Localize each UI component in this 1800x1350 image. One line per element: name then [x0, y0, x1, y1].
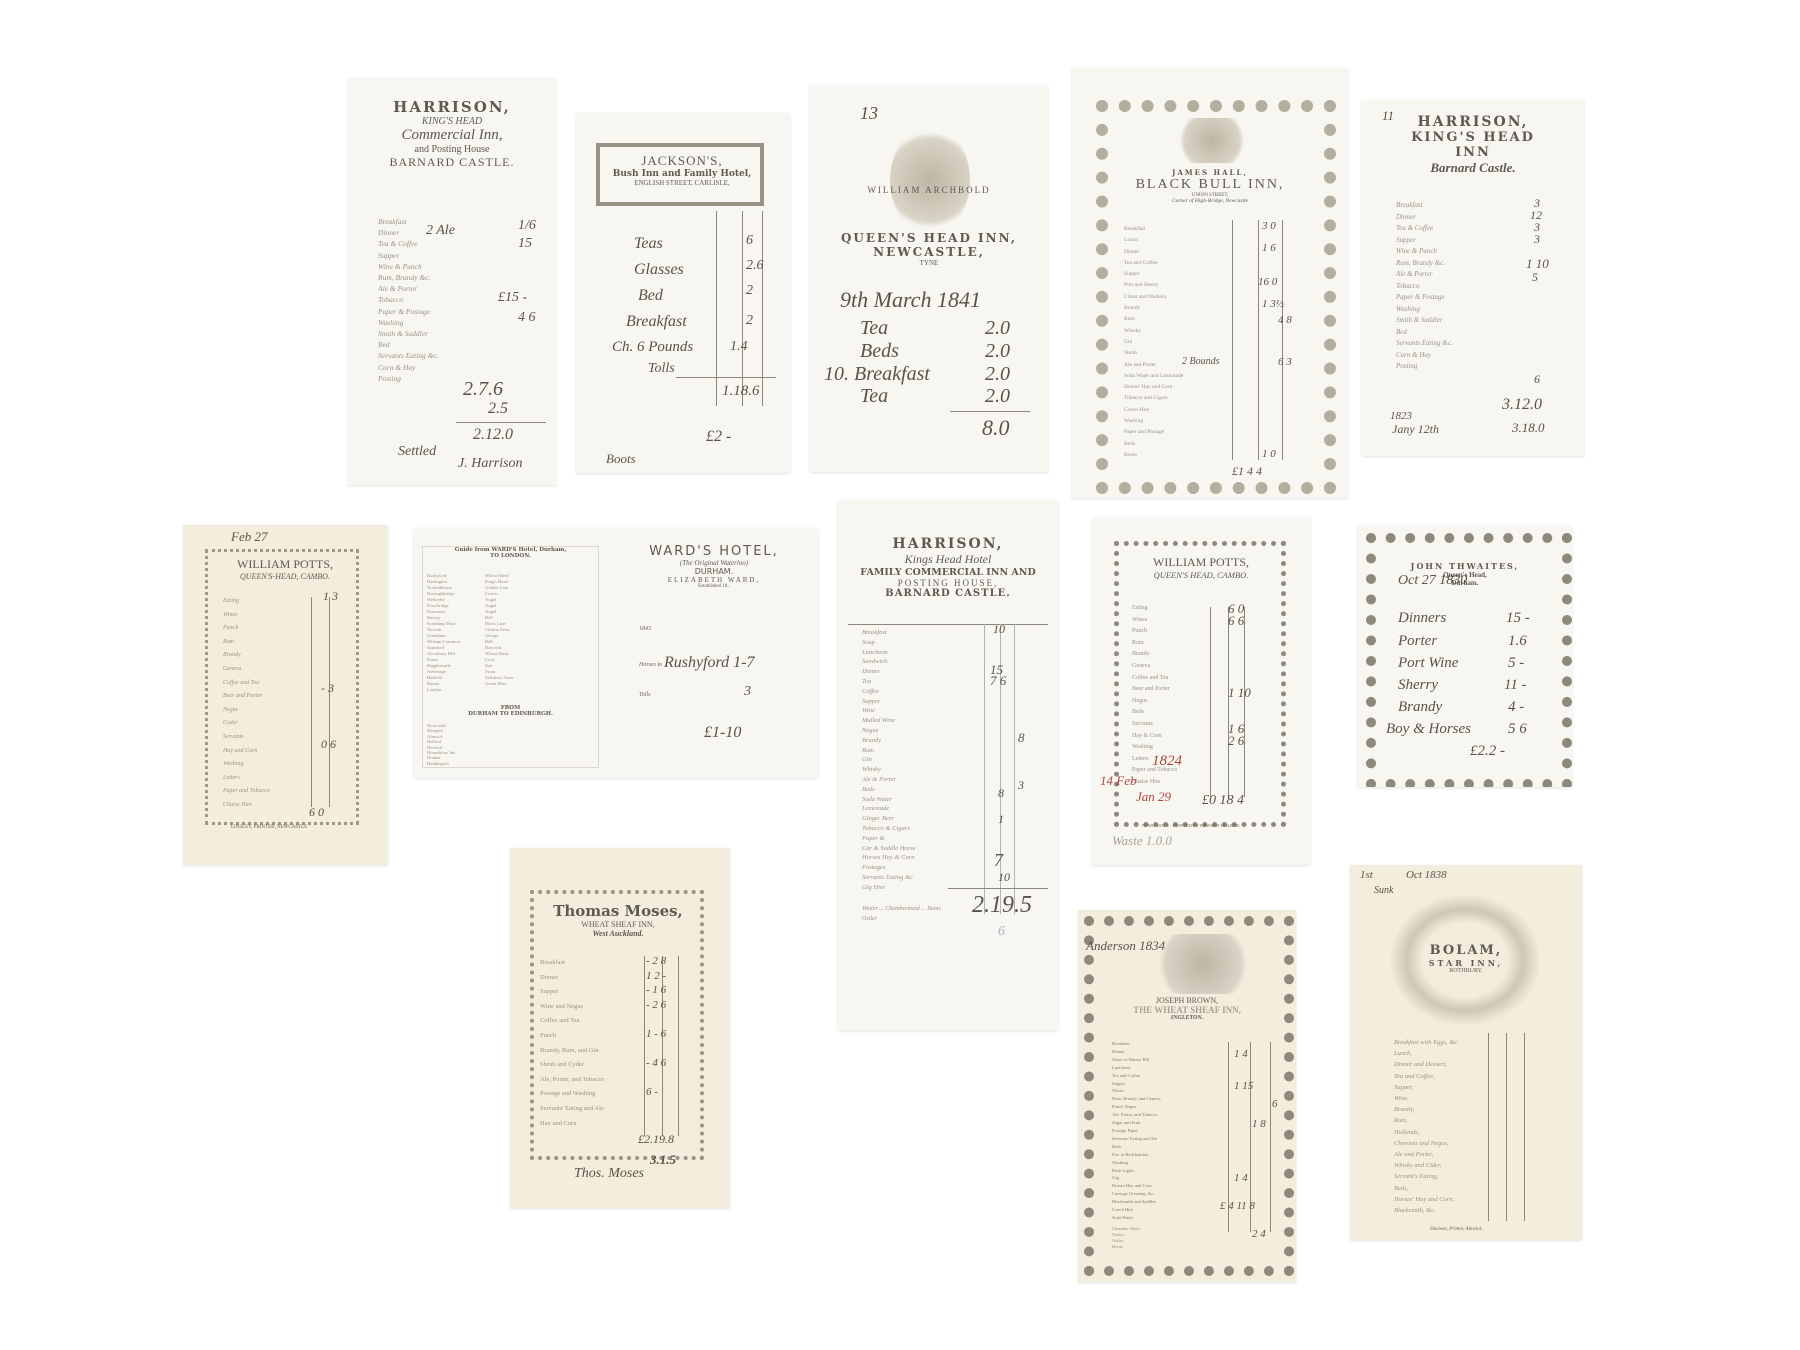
amount: 5 -	[1508, 655, 1524, 672]
wheatsheaf-engraving	[1148, 934, 1258, 994]
bill-location: BARNARD CASTLE.	[348, 155, 556, 170]
total: £2.2 -	[1470, 743, 1505, 760]
line-item: Dinners	[1398, 610, 1446, 627]
line-item: 10. Breakfast	[824, 363, 930, 386]
bill-title: THE WHEAT SHEAF INN,	[1096, 1005, 1278, 1015]
amount: 1 8	[1252, 1118, 1266, 1130]
amount: 1 4	[1234, 1048, 1248, 1060]
signature: J. Harrison	[458, 456, 523, 472]
total: 2.12.0	[473, 426, 513, 444]
total: £2.19.8	[638, 1132, 674, 1147]
total: £1 4 4	[1232, 464, 1262, 479]
bill-subtitle: WHEAT SHEAF INN,	[528, 920, 708, 929]
amount: 2.0	[985, 340, 1010, 363]
amount: 10	[993, 622, 1005, 637]
bill-title: WILLIAM POTTS,	[1114, 555, 1288, 570]
bill-title: HARRISON,	[348, 98, 556, 116]
bill-item-list: BreakfastLunchDinnerTea and CoffeeSupper…	[1124, 224, 1183, 461]
line-item: Glasses	[634, 261, 684, 279]
line-item: Boots	[606, 451, 636, 467]
bill-subtitle: and Posting House	[348, 144, 556, 155]
amount: 0 6	[321, 737, 336, 752]
bill-date: Oct 27 1830	[1398, 573, 1467, 589]
line-item: Tolls	[648, 361, 675, 377]
bill-harrison-kings-head-1: HARRISON, KING'S HEAD Commercial Inn, an…	[348, 78, 556, 485]
amount: 15 -	[1506, 610, 1530, 627]
bill-subtitle: QUEEN'S HEAD, CAMBO.	[1114, 570, 1288, 580]
amount: 1 3	[323, 589, 338, 604]
bill-location: Barnard Castle.	[1362, 160, 1584, 176]
bill-harrison-kings-head-2: 11 HARRISON, KING'S HEAD INN Barnard Cas…	[1362, 100, 1584, 456]
amount: 5 6	[1508, 721, 1527, 738]
staff-list: Chamber MaidWaiterOstlerBoots	[1112, 1226, 1140, 1250]
line-item: Breakfast	[626, 313, 687, 331]
bull-engraving	[1172, 118, 1252, 163]
guide-inn-list: Wheat SheafKing's HeadGolden LionCrownAn…	[485, 573, 513, 687]
amount: 4 8	[1278, 314, 1292, 326]
amount: 7	[994, 850, 1003, 871]
total: 6 0	[309, 805, 324, 820]
line-item: Port Wine	[1398, 655, 1458, 672]
bill-location: West Auckland.	[528, 929, 708, 938]
line-item: Tea	[860, 385, 888, 408]
amount: 1 10	[1228, 685, 1251, 701]
route-guide: Guide from WARD'S Hotel, Durham, TO LOND…	[422, 546, 599, 768]
proprietor-name: WILLIAM ARCHBOLD	[810, 185, 1048, 195]
established-note: Established 18..	[614, 584, 814, 589]
bill-item-list: BreakfastDinnerTea & CoffeeSupperWine & …	[378, 216, 439, 384]
row-label: 1843	[639, 626, 651, 632]
amount: 8	[998, 786, 1004, 801]
amount: 1	[998, 812, 1004, 827]
line-item: Sherry	[1398, 677, 1438, 694]
amount: 7 6	[990, 673, 1006, 689]
date-note: Oct 1838	[1406, 869, 1447, 881]
total: 8.0	[982, 415, 1010, 441]
bill-title: QUEEN'S HEAD INN,	[810, 231, 1048, 245]
year-note: 1823	[1390, 410, 1412, 422]
bill-item-list: BreakfastDinnerTea & CoffeeSupperWine & …	[1396, 200, 1453, 373]
amount: 5	[1532, 270, 1538, 285]
bill-joseph-brown: Anderson 1834 JOSEPH BROWN, THE WHEAT SH…	[1078, 910, 1296, 1282]
amount: 3 0	[1262, 220, 1276, 232]
row-label: Tolls	[639, 692, 650, 698]
amount: 1 6	[1262, 242, 1276, 254]
bill-amount-list: - 2 81 2 -- 1 6- 2 6 1 - 6 - 4 6 6 -	[646, 954, 666, 1100]
amount: 2.0	[985, 363, 1010, 386]
amount: 1 15	[1234, 1080, 1253, 1092]
bill-title: WILLIAM POTTS,	[205, 557, 365, 572]
bill-subtitle: Bush Inn and Family Hotel,	[600, 169, 764, 179]
bill-subtitle: Commercial Inn,	[348, 127, 556, 144]
amount: 1.4	[730, 339, 748, 355]
amount: 10	[998, 870, 1010, 885]
total: 3.12.0	[1502, 396, 1542, 414]
handwritten-note: Waste 1.0.0	[1112, 833, 1172, 849]
settled-note: Settled	[398, 444, 436, 460]
row-value: Rushyford 1-7	[664, 654, 755, 672]
bill-harrison-kings-head-hotel: HARRISON, Kings Head Hotel FAMILY COMMER…	[838, 500, 1058, 1030]
amount: 11 -	[1504, 677, 1527, 694]
bill-black-bull-inn: JAMES HALL, BLACK BULL INN, UNION STREET…	[1072, 68, 1348, 498]
bill-thomas-moses: Thomas Moses, WHEAT SHEAF INN, West Auck…	[510, 848, 730, 1208]
guide2-town-list: NewcastleMorpethAlnwickBelfordBerwickHou…	[427, 723, 455, 766]
handwritten-note: 1st	[1360, 869, 1373, 881]
bill-item-list: BreakfastDinnerSupperWine and NegusCoffe…	[540, 956, 604, 1131]
amount: 8	[1018, 730, 1025, 746]
printer-credit: NEWCASTLE : PRINTED BY EDWARD WALKER.	[1142, 823, 1240, 828]
amount: 6	[1534, 372, 1540, 387]
bill-subtitle: INN	[1362, 145, 1584, 160]
bill-title: JOHN THWAITES,	[1358, 561, 1572, 571]
bill-william-archbold: 13 WILLIAM ARCHBOLD QUEEN'S HEAD INN, NE…	[810, 85, 1048, 472]
date-note: 14 Feb	[1100, 773, 1136, 789]
bill-title: WARD'S HOTEL,	[614, 544, 814, 559]
line-item: Teas	[634, 235, 663, 253]
total: 3.18.0	[1512, 420, 1545, 436]
amount: 6 6	[1228, 613, 1244, 629]
bill-subtitle: FAMILY COMMERCIAL INN AND	[838, 567, 1058, 578]
amount: 3	[1018, 778, 1024, 793]
year-note: 1824	[1152, 753, 1182, 770]
bill-location: NEWCASTLE,	[810, 245, 1048, 259]
amount: - 3	[321, 681, 334, 696]
proprietor-name: JAMES HALL,	[1072, 168, 1348, 177]
total: 2.19.5	[972, 892, 1032, 919]
line-item: Ch. 6 Pounds	[612, 339, 693, 356]
line-item: Porter	[1398, 633, 1437, 650]
bill-item-list: BreakfastSoupLuncheonSandwichDinnerTeaCo…	[862, 628, 916, 893]
line-item: Bed	[638, 287, 663, 305]
handwritten-note: 6	[998, 924, 1005, 940]
guide-town-list: RushyfordDarlingtonNorthallertonBoroughb…	[427, 573, 460, 693]
amount: 1 4	[1234, 1172, 1248, 1184]
bill-location: TYNE	[810, 259, 1048, 267]
handwritten-note: 2 Ale	[426, 223, 455, 239]
bill-subtitle: QUEEN'S-HEAD, CAMBO.	[205, 572, 365, 581]
bill-title: Thomas Moses,	[528, 902, 708, 920]
signature: Thos. Moses	[574, 1166, 644, 1182]
bill-date: 9th March 1841	[840, 287, 981, 313]
bill-location: ROTHBURY.	[1350, 968, 1582, 974]
proprietor-name: JOSEPH BROWN,	[1096, 996, 1278, 1005]
amount: 16 0	[1258, 276, 1277, 288]
bill-number: 13	[860, 103, 878, 124]
amount: 6	[746, 233, 753, 249]
bill-location: BARNARD CASTLE.	[838, 588, 1058, 599]
bill-wards-hotel: Guide from WARD'S Hotel, Durham, TO LOND…	[414, 528, 818, 778]
handwritten-note: Sunk	[1374, 885, 1393, 896]
total: 2.7.6	[463, 378, 503, 401]
bill-subtitle: KING'S HEAD	[1362, 130, 1584, 145]
total: £ 4 11 8	[1220, 1200, 1255, 1212]
amount: 2.6	[746, 258, 764, 274]
total: £0 18 4	[1202, 793, 1244, 809]
bill-address: ENGLISH STREET, CARLISLE,	[600, 179, 764, 187]
bill-title: HARRISON,	[838, 536, 1058, 552]
row-label: Horses to	[639, 662, 662, 668]
bill-item-list: BreakfastDinnerShare of Dinner BillLunch…	[1112, 1040, 1161, 1222]
bill-subtitle: KING'S HEAD	[348, 116, 556, 127]
total: £1-10	[704, 724, 741, 742]
amount: 2.0	[985, 317, 1010, 340]
bill-date: Feb 27	[231, 529, 267, 545]
amount: 2	[746, 313, 753, 329]
amount: 2 6	[1228, 733, 1244, 749]
amount: 4 -	[1508, 699, 1524, 716]
bill-subtitle: Kings Head Hotel	[838, 552, 1058, 567]
bill-address: Corner of High-Bridge, Newcastle	[1072, 198, 1348, 204]
handwritten-amount: £15 -	[498, 290, 527, 306]
line-item: Boy & Horses	[1386, 721, 1471, 738]
printer-credit: LINSLEY, PRINTER, NEWCASTLE	[231, 825, 307, 830]
amount: 3	[1534, 232, 1540, 247]
bill-william-potts-1: Feb 27 WILLIAM POTTS, QUEEN'S-HEAD, CAMB…	[183, 525, 388, 865]
bill-john-thwaites: JOHN THWAITES, Queen's Head, Durham. Oct…	[1358, 525, 1572, 787]
row-value: 3	[744, 684, 751, 700]
bill-item-list: EatingWinesPunchRumBrandyGenevaCoffee an…	[223, 595, 270, 813]
bill-subtitle: STAR INN,	[1350, 958, 1582, 968]
total: 3.1.5	[650, 1152, 676, 1168]
bill-title: HARRISON,	[1362, 114, 1584, 130]
amount: 6	[1272, 1098, 1278, 1110]
total: £2 -	[706, 428, 731, 446]
amount: 2 4	[1252, 1228, 1266, 1240]
amount: 2	[746, 283, 753, 299]
handwritten-amount: 1/6	[518, 218, 536, 234]
total: 2.5	[488, 400, 508, 418]
bill-location: INGLETON.	[1096, 1015, 1278, 1021]
date-note: Jan 29	[1136, 789, 1171, 805]
guide-title: TO LONDON.	[423, 553, 598, 559]
date-note: Jany 12th	[1392, 422, 1439, 437]
line-item: Beds	[860, 340, 899, 363]
printer-credit: Davison, Printer, Alnwick.	[1430, 1227, 1483, 1232]
bill-jacksons-bush-inn: JACKSON'S, Bush Inn and Family Hotel, EN…	[576, 113, 790, 473]
bill-item-list: Breakfast with Eggs, &c.Lunch,Dinner and…	[1394, 1037, 1459, 1216]
handwritten-note: 2 Bounds	[1182, 356, 1220, 367]
amount: 6 3	[1278, 356, 1292, 368]
handwritten-amount: 15	[518, 236, 532, 252]
bill-title: BOLAM,	[1350, 943, 1582, 958]
line-item: Tea	[860, 317, 888, 340]
handwritten-amount: 4 6	[518, 310, 536, 326]
amount: 1.6	[1508, 633, 1527, 650]
bill-bolam-star-inn: 1st Oct 1838 Sunk BOLAM, STAR INN, ROTHB…	[1350, 865, 1582, 1240]
bill-subtitle: POSTING HOUSE,	[838, 578, 1058, 588]
guide-title: DURHAM TO EDINBURGH.	[423, 711, 598, 717]
amount: 2.0	[985, 385, 1010, 408]
bill-william-potts-2: WILLIAM POTTS, QUEEN'S HEAD, CAMBO. Eati…	[1092, 517, 1310, 865]
bill-title: JACKSON'S,	[600, 153, 764, 169]
proprietor-name: ELIZABETH WARD,	[614, 576, 814, 584]
amount: 1 0	[1262, 448, 1276, 460]
bill-title: BLACK BULL INN,	[1072, 177, 1348, 193]
bill-location: DURHAM.	[614, 567, 814, 576]
subtotal: 1.18.6	[722, 383, 760, 400]
bill-subtitle: (The Original Waterloo)	[614, 559, 814, 567]
staff-list: Waiter ... Chambermaid ... Boots Ostler	[862, 904, 941, 924]
line-item: Brandy	[1398, 699, 1442, 716]
amount: 1 3½	[1262, 298, 1284, 310]
